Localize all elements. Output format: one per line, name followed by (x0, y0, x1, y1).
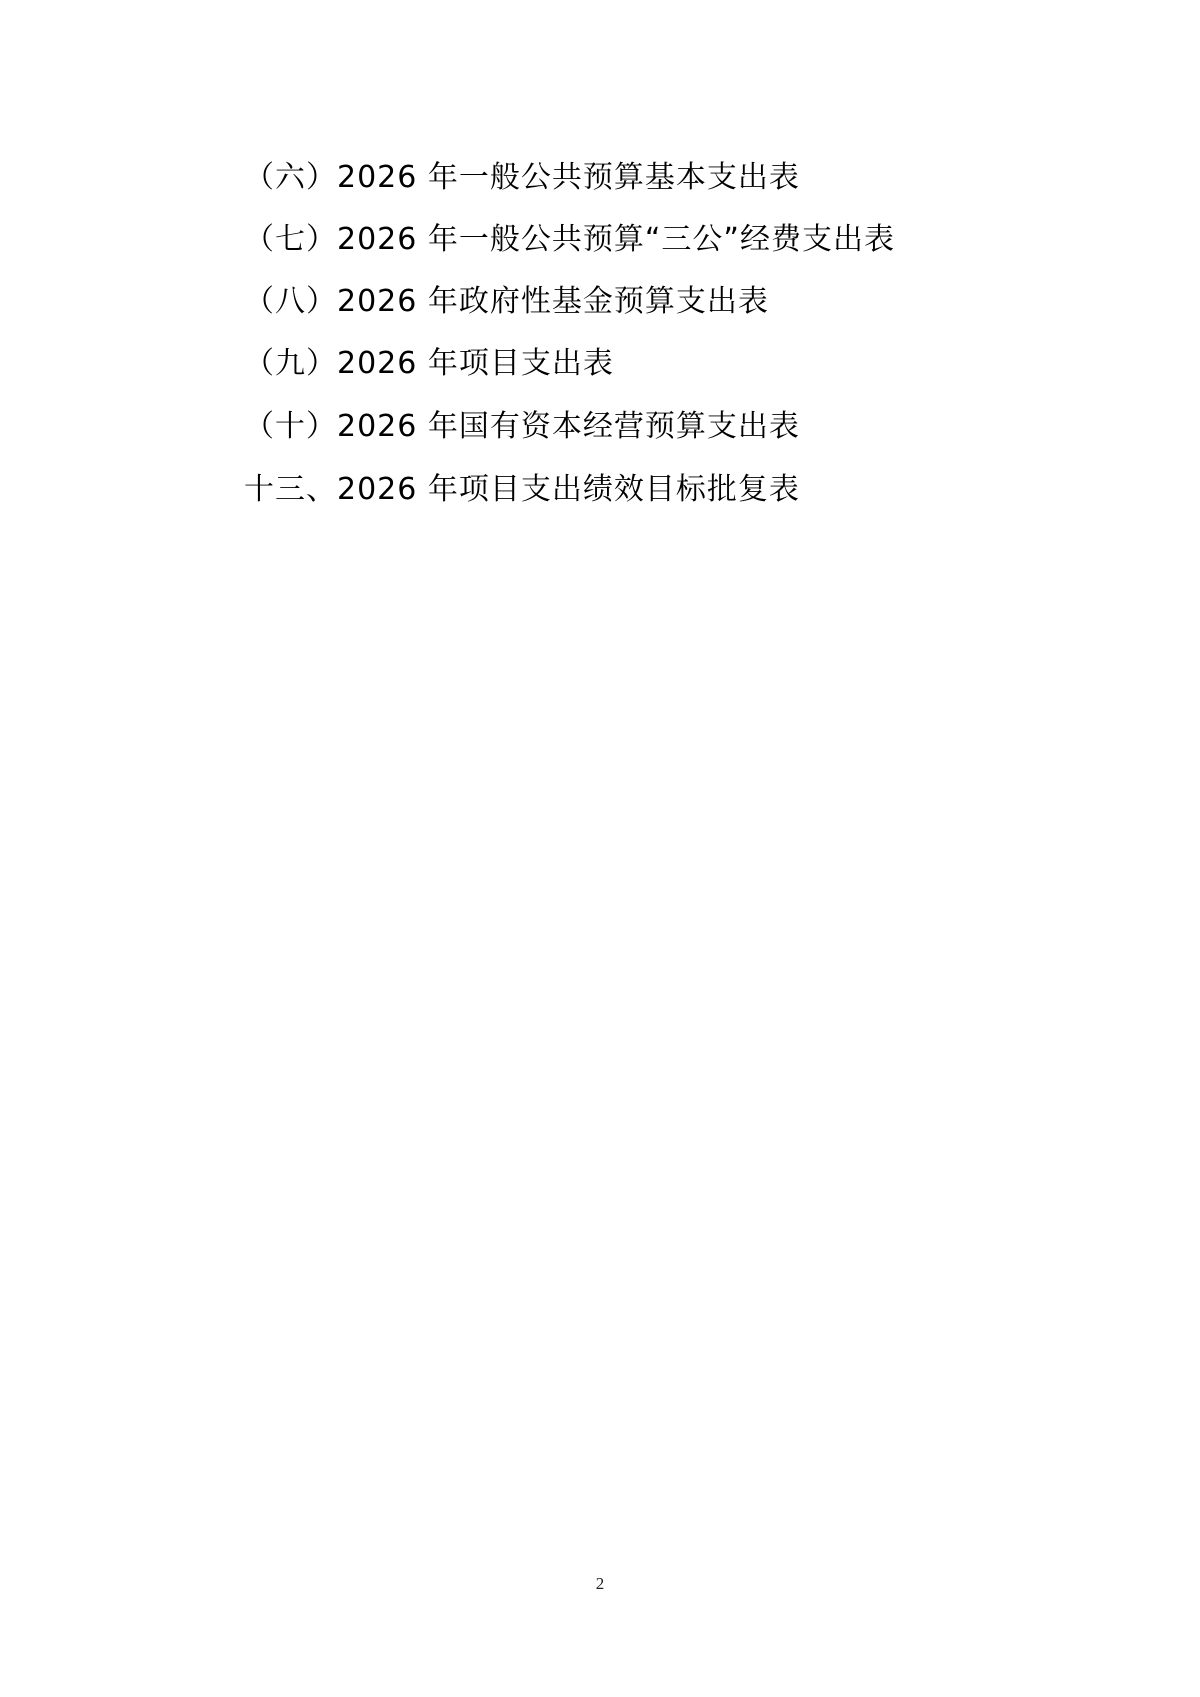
toc-item-9: （九）2026 年项目支出表 (244, 344, 614, 384)
toc-item-10: （十）2026 年国有资本经营预算支出表 (244, 407, 800, 447)
toc-item-6: （六）2026 年一般公共预算基本支出表 (244, 158, 800, 198)
toc-item-8: （八）2026 年政府性基金预算支出表 (244, 282, 769, 322)
page-number: 2 (588, 1574, 612, 1594)
toc-item-7: （七）2026 年一般公共预算“三公”经费支出表 (244, 220, 895, 260)
toc-item-13: 十三、2026 年项目支出绩效目标批复表 (244, 470, 800, 510)
